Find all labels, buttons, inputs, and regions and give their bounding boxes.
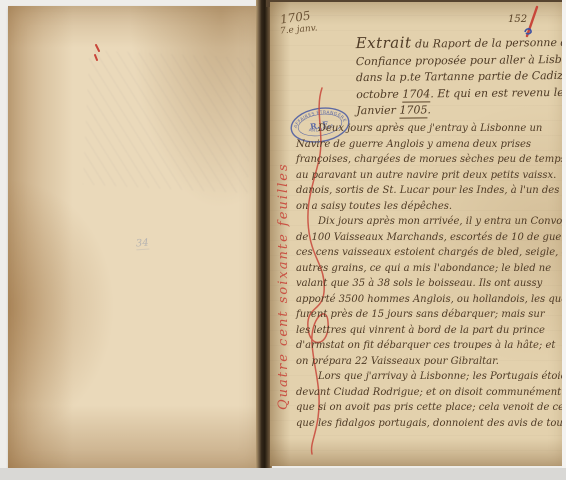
document-heading: Extrait du Raport de la personne de Conf… [356, 33, 566, 120]
body-line: devant Ciudad Rodrigue; et on disoit com… [296, 385, 564, 401]
body-line: que les fidalgos portugais, donnoient de… [296, 416, 564, 432]
body-line: autres grains, ce qui a mis l'abondance;… [296, 261, 564, 277]
underlined-year: 1704 [402, 87, 430, 102]
body-line: de 100 Vaisseaux Marchands, escortés de … [296, 230, 564, 246]
pencil-mark: 34 [136, 238, 150, 251]
corner-date: 1705 7.e janv. [280, 10, 318, 35]
body-line: on prépara 22 Vaisseaux pour Gibraltar. [296, 354, 564, 370]
body-line: danois, sortis de St. Lucar pour les Ind… [296, 183, 564, 199]
heading-line-1: Extrait du Raport de la personne de [356, 33, 566, 54]
scanner-background [0, 468, 566, 480]
underlined-year: 1705 [399, 103, 427, 118]
body-line: furent près de 15 jours sans débarquer; … [296, 307, 564, 323]
body-text: Deux jours après que j'entray à Lisbonne… [296, 121, 564, 431]
body-line: ces cens vaisseaux estoient chargés de b… [296, 245, 564, 261]
heading-line-4: octobre 1704. Et qui en est revenu le pr… [356, 84, 566, 103]
heading-line-5: Janvier 1705. [356, 101, 566, 120]
red-ink-speck [92, 44, 102, 62]
body-line: Deux jours après que j'entray à Lisbonne… [296, 121, 564, 137]
body-line: françoises, chargées de morues sèches pe… [296, 152, 564, 168]
body-line: Navire de guerre Anglois y amena deux pr… [296, 137, 564, 153]
scanner-edge [562, 0, 566, 480]
body-line: on a saisy toutes les dépêches. [296, 199, 564, 215]
right-page: 1705 7.e janv. 152 Extrait du Raport de … [270, 2, 562, 466]
heading-line-3: dans la p.te Tartanne partie de Cadiz le… [356, 68, 566, 87]
ink-show-through [83, 50, 255, 193]
red-marginal-note: Quatre cent soixante feuilles [276, 80, 291, 410]
body-line: les lettres qui vinrent à bord de la par… [296, 323, 564, 339]
manuscript-scan: 34 1705 7.e janv. 152 Extrait du Raport … [0, 0, 566, 480]
body-line: d'armstat on fit débarquer ces troupes à… [296, 338, 564, 354]
body-line: Lors que j'arrivay à Lisbonne; les Portu… [296, 369, 564, 385]
body-line: apporté 3500 hommes Anglois, ou hollando… [296, 292, 564, 308]
body-line: que si on avoit pas pris cette place; ce… [296, 400, 564, 416]
left-page: 34 [8, 6, 258, 470]
body-line: au paravant un autre navire prit deux pe… [296, 168, 564, 184]
body-line: Dix jours après mon arrivée, il y entra … [296, 214, 564, 230]
corner-date-day: 7.e janv. [280, 23, 318, 36]
body-line: valant que 35 à 38 sols le boisseau. Ils… [296, 276, 564, 292]
